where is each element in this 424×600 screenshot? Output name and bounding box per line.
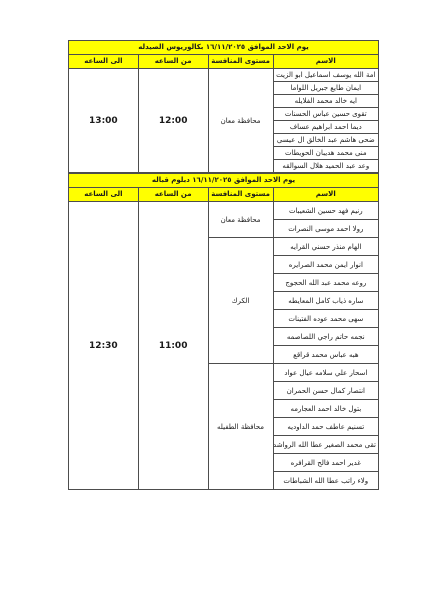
name-cell: منى محمد هديبان الحويطات	[273, 147, 378, 160]
column-header-row: الاسممستوى المنافسةمن الساعهالى الساعه	[69, 188, 379, 202]
name-cell: اسحار علي سلامه عيال عواد	[273, 364, 378, 382]
name-cell: بتول خالد احمد العجارمه	[273, 400, 378, 418]
name-cell: ساره ذياب كامل المعايطه	[273, 292, 378, 310]
name-cell: امة الله يوسف اسماعيل ابو الزيت	[273, 69, 378, 82]
tables-root: يوم الاحد الموافق ١٦/١١/٢٠٢٥ بكالوريوس ا…	[68, 40, 379, 490]
name-cell: ايمان طايع جبريل اللواما	[273, 82, 378, 95]
name-cell: ايه خالد محمد الفلايله	[273, 95, 378, 108]
name-cell: وعد عبد الحميد هلال السوالقه	[273, 160, 378, 173]
name-cell: تقوى حسين عباس الحسنات	[273, 108, 378, 121]
table-row: امة الله يوسف اسماعيل ابو الزيتمحافظة مع…	[69, 69, 379, 82]
name-cell: ضحى هاشم عبد الخالق ال عيسى	[273, 134, 378, 147]
name-cell: تسنيم عاطف حمد الداوديه	[273, 418, 378, 436]
name-cell: ولاء راتب عطا الله الشباطات	[273, 472, 378, 490]
name-cell: رولا احمد موسى النصرات	[273, 220, 378, 238]
name-cell: تقى محمد الصغير عطا الله الرواشده	[273, 436, 378, 454]
table-title-row: يوم الاحد الموافق ١٦/١١/٢٠٢٥ بكالوريوس ا…	[69, 41, 379, 55]
competition-level-cell: محافظة معان	[208, 69, 273, 173]
schedule-table-1: يوم الاحد الموافق ١٦/١١/٢٠٢٥ بكالوريوس ا…	[68, 40, 379, 173]
column-header-from-time: من الساعه	[138, 188, 208, 202]
name-cell: نجمه حاتم راجي اللصاصمه	[273, 328, 378, 346]
table-title: يوم الاحد الموافق ١٦/١١/٢٠٢٥ بكالوريوس ا…	[69, 41, 379, 55]
to-time-cell: 13:00	[69, 69, 139, 173]
column-header-row: الاسممستوى المنافسةمن الساعهالى الساعه	[69, 55, 379, 69]
column-header-to-time: الى الساعه	[69, 188, 139, 202]
column-header-name: الاسم	[273, 55, 378, 69]
to-time-cell: 12:30	[69, 202, 139, 490]
column-header-to-time: الى الساعه	[69, 55, 139, 69]
table-title: يوم الاحد الموافق ١٦/١١/٢٠٢٥ دبلوم قباله	[69, 174, 379, 188]
schedule-table-2: يوم الاحد الموافق ١٦/١١/٢٠٢٥ دبلوم قباله…	[68, 173, 379, 490]
competition-level-cell: الكرك	[208, 238, 273, 364]
name-cell: رنيم فهد حسين الشعيبات	[273, 202, 378, 220]
name-cell: ديما احمد ابراهيم عساف	[273, 121, 378, 134]
column-header-competition-level: مستوى المنافسة	[208, 55, 273, 69]
competition-level-cell: محافظة الطفيله	[208, 364, 273, 490]
from-time-cell: 11:00	[138, 202, 208, 490]
from-time-cell: 12:00	[138, 69, 208, 173]
document-page: يوم الاحد الموافق ١٦/١١/٢٠٢٥ بكالوريوس ا…	[0, 0, 424, 600]
name-cell: روعه محمد عبد الله الحجوج	[273, 274, 378, 292]
column-header-from-time: من الساعه	[138, 55, 208, 69]
column-header-competition-level: مستوى المنافسة	[208, 188, 273, 202]
name-cell: انوار ايمن محمد الصرايره	[273, 256, 378, 274]
column-header-name: الاسم	[273, 188, 378, 202]
name-cell: الهام منذر حسني القرايه	[273, 238, 378, 256]
name-cell: هبه عباس محمد قراقع	[273, 346, 378, 364]
table-row: رنيم فهد حسين الشعيباتمحافظة معان11:0012…	[69, 202, 379, 220]
name-cell: غدير احمد فالح القرافره	[273, 454, 378, 472]
competition-level-cell: محافظة معان	[208, 202, 273, 238]
name-cell: انتصار كمال حسن الحمران	[273, 382, 378, 400]
name-cell: سهى محمد عوده الفتينات	[273, 310, 378, 328]
table-title-row: يوم الاحد الموافق ١٦/١١/٢٠٢٥ دبلوم قباله	[69, 174, 379, 188]
